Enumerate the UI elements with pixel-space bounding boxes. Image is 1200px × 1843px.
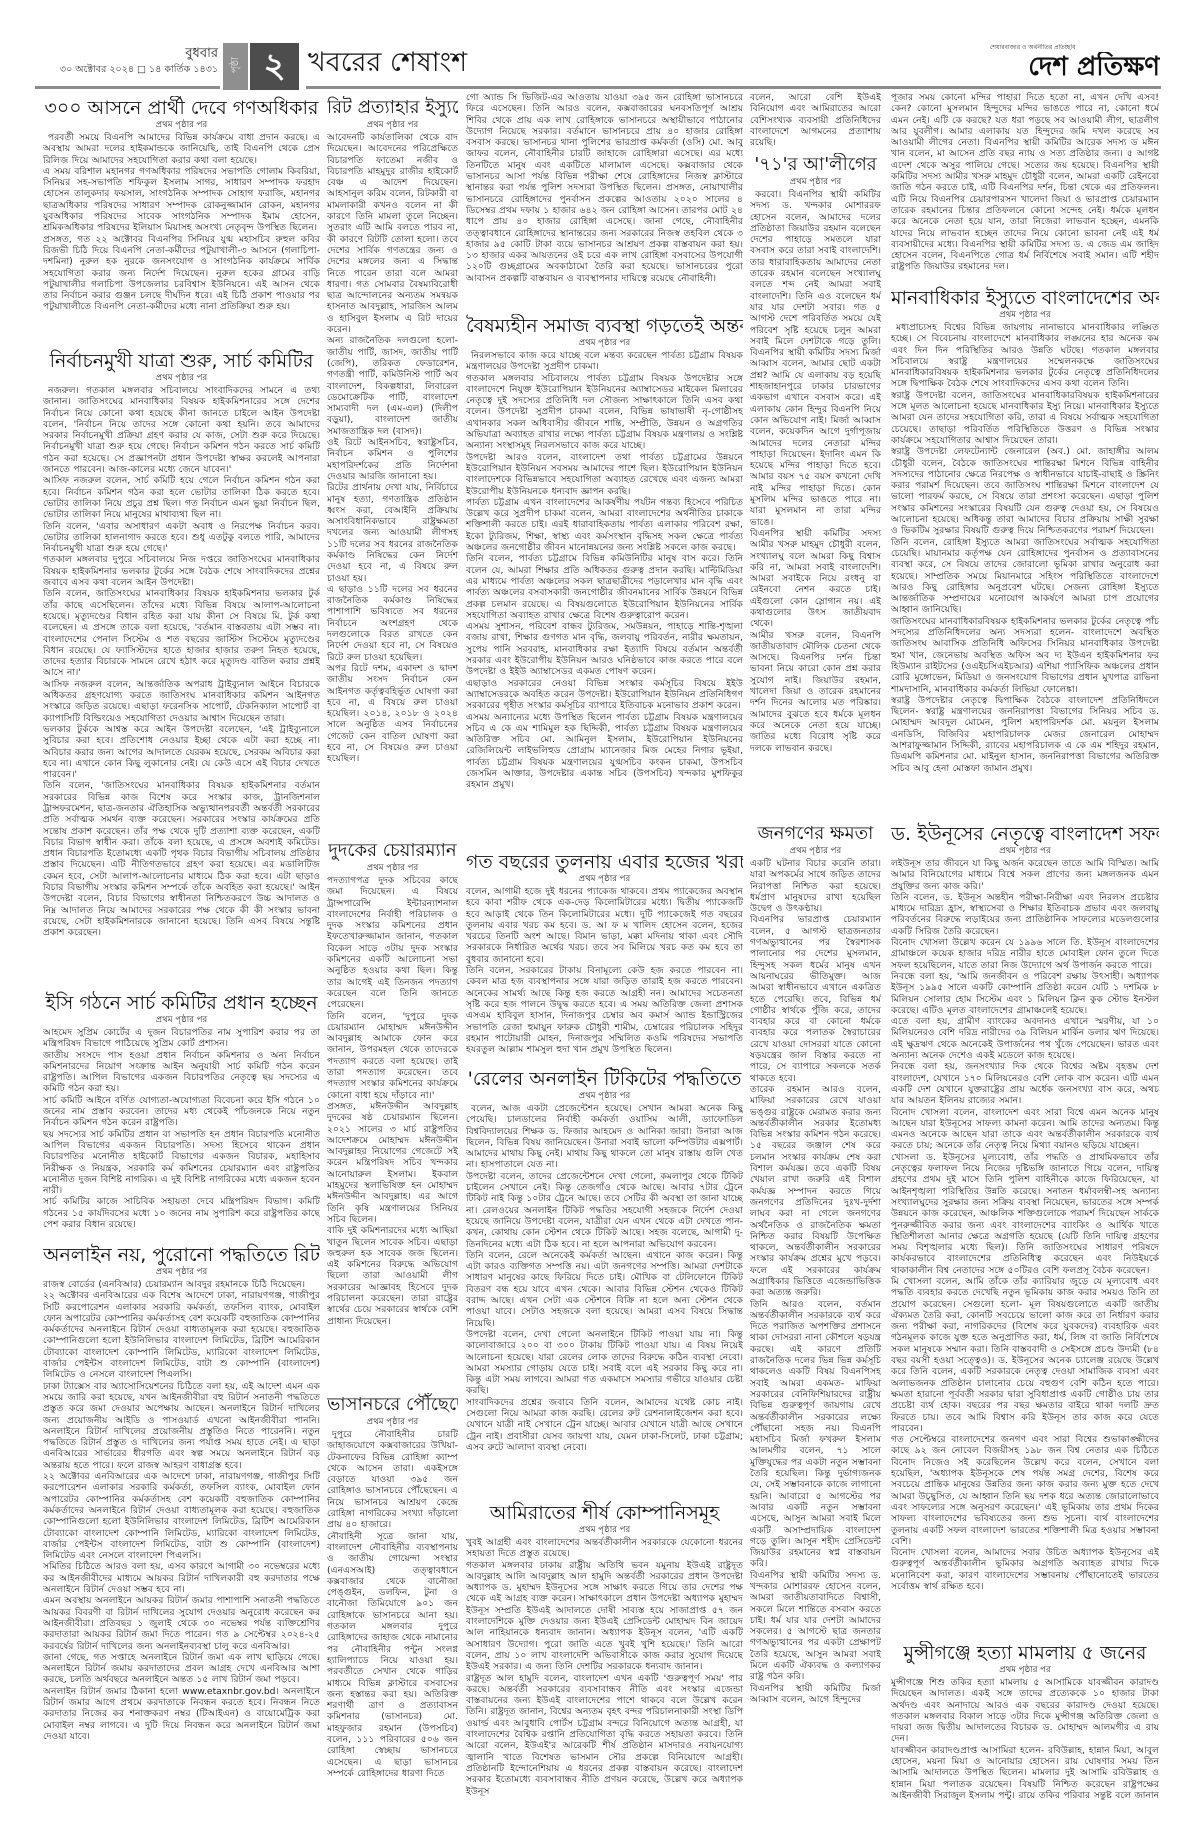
article-writ-withdrawal: রিট প্রত্যাহার ইস্যুতে প্রথম পৃষ্ঠার পর … <box>327 96 458 839</box>
jump-line: প্রথম পৃষ্ঠার পর <box>891 1665 1159 1676</box>
header-rule-left <box>35 86 220 89</box>
paragraph: ওই রিটে আইনসচিব, স্বরাষ্ট্রসচিব, নির্বাচ… <box>327 437 458 482</box>
paragraph: বিএনপির স্থায়ী কমিটির মির্জা আব্বাস বলে… <box>750 1683 881 1706</box>
paragraph: আসিফ নজরুল বলেন, আন্তর্জাতিক অপরাধ ট্রাই… <box>43 679 320 724</box>
paragraph: স্বরাষ্ট্র উপদেষ্টার নেতৃত্বে দ্বিপাক্ষি… <box>891 695 1159 774</box>
article-people-power: জনগণের ক্ষমতা প্রথম পৃষ্ঠার পর একটি ঘটনা… <box>750 822 881 1800</box>
paragraph: এতে বলা হয়, গ্রামীণ ব্যাংকের অবদানও এখা… <box>891 1016 1159 1061</box>
article-gonoadhikar: ৩০০ আসনে প্রার্থী দেবে গণঅধিকার প্রথম পৃ… <box>43 96 320 349</box>
article-uae-companies: আমিরাতের শীর্ষ কোম্পানিসমূহ প্রথম পৃষ্ঠা… <box>466 1501 743 1800</box>
paragraph: নজরুল। গতকাল মঙ্গলবার সচিবালয়ে সাংবাদিক… <box>43 385 320 475</box>
paragraph: ২২ অক্টোবর এনবিআরের এক বিশেষ আদেশে ঢাকা,… <box>43 1290 320 1380</box>
headline: বৈষম্যহীন সমাজ ব্যবস্থা গড়তেই অন্তর্বর্… <box>466 314 743 338</box>
jump-line: প্রথম পৃষ্ঠার পর <box>43 1267 320 1278</box>
jump-line: প্রথম পৃষ্ঠার পর <box>891 310 1159 321</box>
paragraph: খোসলা ড. ইউনূসের মূল্যবোধ, তাঁর পদ্ধতি ও… <box>891 1152 1159 1276</box>
paragraph: আহমেদ সুপ্রিম কোর্টের এ দুজন বিচারপতির ন… <box>43 1027 320 1050</box>
headline: অনলাইন নয়, পুরোনো পদ্ধতিতে রিটার্ন <box>43 1243 320 1267</box>
paragraph: জানা গেছে, গত সপ্তাহে অনলাইনে রিটার্ন জম… <box>43 1652 320 1686</box>
paragraph: এসময় অন্যান্যের মধ্যে উপস্থিত ছিলেন পার… <box>466 712 743 791</box>
jump-line: প্রথম পৃষ্ঠার পর <box>466 1091 743 1102</box>
article-discrimination-free-society: বৈষম্যহীন সমাজ ব্যবস্থা গড়তেই অন্তর্বর্… <box>466 314 743 850</box>
paragraph: ঢাকা ট্যাক্সেস বার অ্যাসোসিয়েশনের চিঠিত… <box>43 1381 320 1471</box>
headline: '৭১'র আ'লীগের <box>750 153 881 177</box>
article-hajj-cost: গত বছরের তুলনায় এবার হজের খরচ প্রথম পৃষ… <box>466 850 743 1067</box>
page-number: ২ <box>250 43 299 90</box>
article-search-committee-journey: নির্বাচনমুখী যাত্রা শুরু, সার্চ কমিটির প… <box>43 349 320 991</box>
paragraph: অন্য রাজনৈতিক দলগুলো হলো- জাতীয় পার্টি,… <box>327 335 458 437</box>
paragraph: সার্চ কমিটি আইনে বর্ণিত যোগ্যতা-অযোগ্যতা… <box>43 1095 320 1129</box>
paragraph: সাংবাদিকদের প্রশ্নের জবাবে তিনি বলেন, আম… <box>466 1397 743 1453</box>
paragraph: বিএনপির স্থায়ী কমিটির সদস্য আমীর খসরু ম… <box>750 528 881 630</box>
paragraph: রাষ্ট্রদূত আল হামুদি বলেন, বাংলাদেশ এখন … <box>466 1673 743 1797</box>
paragraph: বিনোদ খোসলা বলেন, বাংলাদেশ এবং সারা বিশ্… <box>891 1107 1159 1152</box>
paragraph: ২২ অক্টোবর এনবিআরের এক আদেশে ঢাকা, নারায… <box>43 1471 320 1561</box>
paragraph: গতকাল মঙ্গলবার ঢাকায় রাষ্ট্রীয় অতিথি ভ… <box>466 1560 743 1673</box>
paragraph: স্বরাষ্ট্র উপদেষ্টা লেফটেন্যান্ট জেনারেল… <box>891 446 1159 536</box>
headline: মানবাধিকার ইস্যুতে বাংলাদেশের অবস্থান <box>891 286 1159 310</box>
paragraph: অপর রিটে দশম, একাদশ ও দ্বাদশ জাতীয় সংসদ… <box>327 663 458 765</box>
issue-date: ৩০ অক্টোবর ২০২৪ □ ১৪ কার্তিক ১৪৩১ <box>25 64 218 76</box>
headline: জনগণের ক্ষমতা <box>750 822 881 846</box>
paragraph: মুন্সীগঞ্জে শিশু তকির হত্যা মামলায় ৫ আস… <box>891 1677 1159 1745</box>
paragraph: এছাড়াও সরকারের নেওয়া বিভিন্ন সংস্কার ক… <box>466 678 743 712</box>
jump-line: প্রথম পৃষ্ঠার পর <box>466 338 743 349</box>
paragraph: অনলাইন রিটার্ন জমার ঠিকানা হলো www.etaxn… <box>43 1686 320 1742</box>
paragraph: নিবন্ধে বলা হয়, 'আমি জনজীবন ও পরিবেশ রক… <box>891 971 1159 1016</box>
paragraph: গো অ্যান্ড সি ভিজিট-এর আওতায় যাওয়া ৩৯৫… <box>466 92 743 284</box>
paragraph: আবেদনটি কার্যতালিকা থেকে বাদ দিয়েছেন। আ… <box>327 132 458 335</box>
jump-line: প্রথম পৃষ্ঠার পর <box>327 863 458 874</box>
jump-line: প্রথম পৃষ্ঠার পর <box>750 846 881 857</box>
jump-line: প্রথম পৃষ্ঠার পর <box>327 1417 458 1428</box>
paragraph: রাজস্ব বোর্ডের (এনবিআর) চেয়ারম্যান আবদু… <box>43 1279 320 1290</box>
paragraph: পার্বত্য চট্টগ্রাম এখন বাংলাদেশের আকর্ষণ… <box>466 497 743 553</box>
paragraph: উপদেষ্টা আরও বলেন, বাংলাদেশ তথা পার্বত্য… <box>466 452 743 497</box>
jump-line: প্রথম পৃষ্ঠার পর <box>43 373 320 384</box>
paragraph: বিনোদ খোসলা উল্লেখ করেন যে ১৯৯৬ সালে তি.… <box>891 937 1159 971</box>
paragraph: এ ছাড়াও ১১টি দলের সব ধরনের রাজনৈতিক কর্… <box>327 584 458 663</box>
paragraph: নৌবাহিনী সূত্রে জানা যায়, বাংলাদেশ নৌবা… <box>327 1531 458 1780</box>
paragraph: বলেন, আজ একটা প্রেজেন্টেশন হয়েছে। সেখান… <box>466 1103 743 1171</box>
headline: 'রেলের অনলাইন টিকিটের পদ্ধতিতে <box>466 1067 743 1091</box>
article-bhasanchar-continued: গো অ্যান্ড সি ভিজিট-এর আওতায় যাওয়া ৩৯৫… <box>466 92 743 314</box>
masthead-logo: দেশ প্রতিক্ষণ <box>985 52 1160 82</box>
paragraph: মি খোসলা বলেন, আমি তাঁকে তাঁর ক্যারিয়ার… <box>891 1276 1159 1434</box>
headline: ড. ইউনূসের নেতৃত্বে বাংলাদেশ সফল <box>891 822 1159 846</box>
article-human-rights: মানবাধিকার ইস্যুতে বাংলাদেশের অবস্থান প্… <box>891 286 1159 822</box>
paragraph: উপদেষ্টা বলেন, তাদের প্রেজেন্টেশনে দেখা … <box>466 1171 743 1250</box>
paragraph: জাতিসংঘের মানবাধিকারবিষয়ক হাইকমিশনার ভল… <box>891 616 1159 695</box>
headline: মুন্সীগঞ্জে হত্যা মামলায় ৫ জনের <box>891 1641 1159 1665</box>
paragraph: আমীর খসরু বলেন, বিএনপি জাতীয়তাবাদ মৌলিক… <box>750 630 881 754</box>
paragraph: লইউনূস তার জীবনে যা কিছু অর্জন করেছেন তা… <box>891 858 1159 892</box>
jump-line: প্রথম পৃষ্ঠার পর <box>750 177 881 188</box>
paragraph: আসিফ নজরুল বলেন, সার্চ কমিটি হয়ে গেলে ন… <box>43 475 320 520</box>
section-title: খবরের শেষাংশ <box>308 46 467 80</box>
jump-line: প্রথম পৃষ্ঠার পর <box>891 846 1159 857</box>
paragraph: বলেন, আগামী হজে দুই ধরনের প্যাকেজ থাকবে।… <box>466 886 743 965</box>
headline: গত বছরের তুলনায় এবার হজের খরচ <box>466 850 743 874</box>
page-label-box: পৃষ্ঠা <box>223 43 248 90</box>
paragraph: তিনি বলেন, 'দুপুরে দুদক চেয়ারম্যান মোহা… <box>327 1011 458 1101</box>
article-return-old-method: অনলাইন নয়, পুরোনো পদ্ধতিতে রিটার্ন প্রথ… <box>43 1243 320 1800</box>
article-bhasanchar: ভাসানচরে পৌঁছেছেন প্রথম পৃষ্ঠার পর দুপুর… <box>327 1393 458 1800</box>
paragraph: প্রসঙ্গত, গত ২২ অক্টোবর বিএনপির সিনিয়র … <box>43 234 320 313</box>
headline: দুদকের চেয়ারম্যান <box>327 839 458 863</box>
headline: আমিরাতের শীর্ষ কোম্পানিসমূহ <box>466 1501 743 1525</box>
paragraph: বাকি দুই কমিশনারদের মধ্যে আছিয়া খাতুন ছ… <box>327 1225 458 1327</box>
article-uae-continued: বলেন, আরো বেশি ইউএই বিনিয়োগ এবং আমিরাতে… <box>750 92 881 153</box>
headline: ৩০০ আসনে প্রার্থী দেবে গণঅধিকার <box>43 96 320 120</box>
paragraph: যাবজ্জীবন কারাদণ্ডপ্রাপ্ত আসামিরা হলেন- … <box>891 1745 1159 1800</box>
paragraph: এসময় সুশাসন, পরিবেশ বান্ধব ট্যুরিজম, সম… <box>466 621 743 677</box>
paragraph: এমন অবস্থায় অনলাইনে আয়কর রিটার্ন জমার … <box>43 1595 320 1651</box>
paragraph: বিএনপির স্থায়ী কমিটির সদস্য ড. খন্দকার … <box>750 1570 881 1683</box>
paragraph: বিনোদ খোসলা বলেন, আমাদের সবার উচিত অধ্যা… <box>891 1547 1159 1592</box>
paragraph: তিনি আরও বলেন, বর্তমান অন্তর্বর্তীকালীন … <box>750 1299 881 1570</box>
paragraph: একটি ঘটনার বিচার করেনি তারা। যারা অপকর্ম… <box>750 858 881 914</box>
paragraph: তিনি বলেন, রেলে অনেকেই কর্মকর্তা আছেন। এ… <box>466 1250 743 1329</box>
paragraph: বিএনপির ভারপ্রাপ্ত চেয়ারম্যান বলেন, ৫ আ… <box>750 914 881 1083</box>
paragraph: ভলকার টুর্ককে আশ্বস্ত করে আইন উপদেষ্টা ব… <box>43 724 320 780</box>
paragraph: তিনি বলেন, ড. ইউনূস অন্তহীন পরীক্ষা-নিরী… <box>891 892 1159 937</box>
paragraph: খুবই আগ্রহী এবং বাংলাদেশের অন্তর্বর্তীকা… <box>466 1537 743 1560</box>
article-people-power-continued: পূজার সময় কোনো মন্দির পাহারা দিতে হতো ন… <box>891 92 1159 286</box>
paragraph: গতকাল মঙ্গলবার সচিবালয়ে পার্বত্য চট্টগ্… <box>466 373 743 452</box>
paragraph: তিনি বলেন, সরকারের টাকায় বিনামূল্যে কেউ… <box>466 965 743 1055</box>
article-ec-search-head: ইসি গঠনে সার্চ কমিটির প্রধান হচ্ছেন প্রথ… <box>43 991 320 1243</box>
paragraph: তিনি বলেন, পার্বত্য চট্টগ্রামে বিভিন্ন ক… <box>466 553 743 621</box>
paragraph: উপদেষ্টা বলেন, দেখা গেলো অনলাইনে টিকিট প… <box>466 1329 743 1397</box>
page-label: পৃষ্ঠা <box>230 44 242 86</box>
masthead-tagline: শেয়ারবাজার ও অর্থনীতির প্রতিচ্ছবি <box>990 44 1150 52</box>
header-rule-right <box>306 86 1161 89</box>
headline: ভাসানচরে পৌঁছেছেন <box>327 1393 458 1417</box>
paragraph: স্বরাষ্ট্র উপদেষ্টা বলেন, জাতিসংঘের মানব… <box>891 390 1159 446</box>
paragraph: নিরলসভাবে কাজ করে যাচ্ছে বলে মন্তব্য করে… <box>466 350 743 373</box>
paragraph: গতকাল মঙ্গলবার দুপুরে সচিবালয়ে নিজ দপ্ত… <box>43 554 320 588</box>
paragraph: তিনি বলেন, রোহিঙ্গা ইস্যুতে আমরা জাতিসংঘ… <box>891 537 1159 616</box>
paragraph: তারেক রহমান আরও বলেন, মাফিয়া সরকারের রে… <box>750 1084 881 1299</box>
jump-line: প্রথম পৃষ্ঠার পর <box>43 1015 320 1026</box>
paragraph: সমিতির চিঠিতে আরও বলা হয়, এসব কারণে আগা… <box>43 1561 320 1595</box>
article-acc-chairman: দুদকের চেয়ারম্যান প্রথম পৃষ্ঠার পর পদত্… <box>327 839 458 1393</box>
paragraph: পূজার সময় কোনো মন্দির পাহারা দিতে হতো ন… <box>891 92 1159 273</box>
paragraph: সার্চ কমিটির কাজে সাচিবিক সহায়তা দেবে ম… <box>43 1196 320 1230</box>
jump-line: প্রথম পৃষ্ঠার পর <box>466 874 743 885</box>
article-rail-online-ticket: 'রেলের অনলাইন টিকিটের পদ্ধতিতে প্রথম পৃষ… <box>466 1067 743 1501</box>
headline: ইসি গঠনে সার্চ কমিটির প্রধান হচ্ছেন <box>43 991 320 1015</box>
article-awami-71: '৭১'র আ'লীগের প্রথম পৃষ্ঠার পর করবো। বিএ… <box>750 153 881 822</box>
paragraph: তিনি বলেন, 'এবার অসাধারণ একটা অবাধ ও নির… <box>43 521 320 555</box>
paragraph: রিটের প্রার্থনায় দেখা যায়, নির্বিচারে … <box>327 482 458 584</box>
paragraph: পরবর্তী সময়ে বিএনপি আমাদের বিভিন্ন কার্… <box>43 132 320 166</box>
article-munshiganj-murder: মুন্সীগঞ্জে হত্যা মামলায় ৫ জনের প্রথম প… <box>891 1641 1159 1800</box>
paragraph: তিনি বলেন, 'জাতিসংঘের মানবাধিকার বিষয়ক … <box>43 780 320 938</box>
paragraph: দুপুরে নৌবাহিনীর চারটি জাহাজযোগে কক্সবাজ… <box>327 1429 458 1531</box>
jump-line: প্রথম পৃষ্ঠার পর <box>327 120 458 131</box>
jump-line: প্রথম পৃষ্ঠার পর <box>466 1525 743 1536</box>
weekday: বুধবার <box>35 46 218 61</box>
paragraph: ছয় সদস্যের সার্চ কমিটির প্রধান বা সভাপত… <box>43 1129 320 1197</box>
headline: নির্বাচনমুখী যাত্রা শুরু, সার্চ কমিটির <box>43 349 320 373</box>
article-yunus-success: ড. ইউনূসের নেতৃত্বে বাংলাদেশ সফল প্রথম প… <box>891 822 1159 1641</box>
paragraph: জাতীয় সংসদে পাস হওয়া প্রধান নির্বাচন ক… <box>43 1050 320 1095</box>
paragraph: প্রসঙ্গত, মঈনউদ্দীন আবদুল্লাহ দুদকের ষষ্… <box>327 1101 458 1225</box>
paragraph: বলেন, আরো বেশি ইউএই বিনিয়োগ এবং আমিরাতে… <box>750 92 881 148</box>
paragraph: তিনি বলেন, জাতিসংঘের মানবাধিকার বিষয়ক হ… <box>43 588 320 678</box>
paragraph: পদত্যাগপত্র দুদক সচিবের কাছে জমা দিয়েছে… <box>327 875 458 1011</box>
headline: রিট প্রত্যাহার ইস্যুতে <box>327 96 458 120</box>
paragraph: এ সময় বরিশাল মহানগর গণঅধিকার পরিষদের সভ… <box>43 166 320 234</box>
paragraph: গত সেপ্টেম্বরে বাংলাদেশের জনগণ এবং সারা … <box>891 1434 1159 1547</box>
jump-line: প্রথম পৃষ্ঠার পর <box>43 120 320 131</box>
paragraph: করবো। বিএনপির স্থায়ী কমিটির সদস্য ড. খন… <box>750 189 881 528</box>
paragraph: নিবন্ধে বলা হয়, জনসংখ্যার দিক থেকে বিশ্… <box>891 1061 1159 1106</box>
paragraph: মধ্যপ্রাচ্যসহ বিশ্বের বিভিন্ন জায়গায় ন… <box>891 322 1159 390</box>
